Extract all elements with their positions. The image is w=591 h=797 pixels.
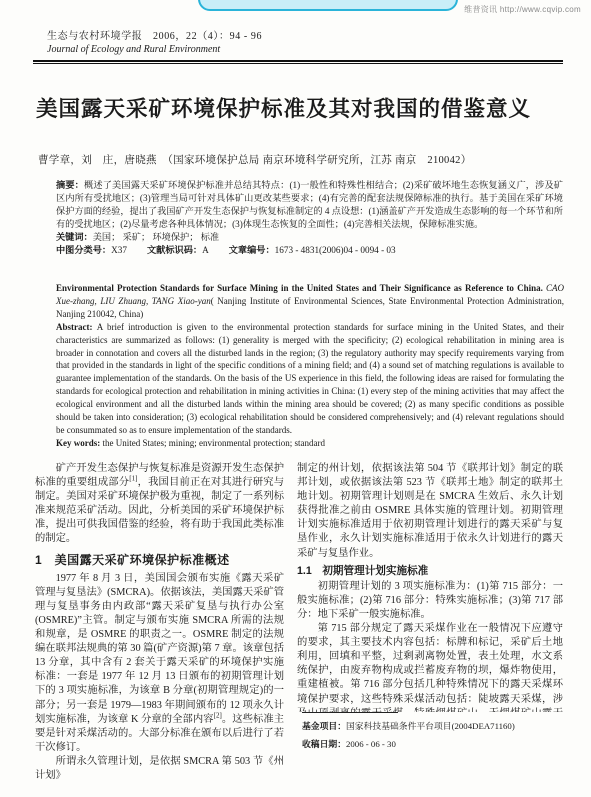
doc-code-label: 文献标识码： (147, 245, 202, 255)
english-keywords-line: Key words: the United States; mining; en… (56, 437, 564, 450)
author-names: 曹学章，刘 庄，唐晓燕 (38, 155, 157, 166)
abstract-label: 摘要： (56, 180, 84, 190)
section1-paragraph: 1977 年 8 月 3 日，美国国会颁布实施《露天采矿管理与复垦法》(SMCR… (35, 572, 284, 755)
doc-code-value: A (202, 245, 209, 255)
section-heading-1: 1 美国露天采矿环境保护标准概述 (35, 553, 284, 567)
keywords-text: 美国； 采矿； 环境保护； 标准 (93, 232, 219, 242)
received-label: 收稿日期： (302, 739, 346, 749)
footnote-rule (302, 712, 398, 714)
english-abstract-paragraph: Abstract: A brief introduction is given … (56, 321, 564, 437)
author-affiliation: （国家环境保护总局 南京环境科学研究所，江苏 南京 210042） (157, 155, 472, 166)
article-id-label: 文章编号： (229, 245, 275, 255)
footnote-block: 基金项目：国家科技基础条件平台项目(2004DEA71160) 收稿日期：200… (302, 712, 564, 756)
continued-paragraph: 制定的州计划，依据该法第 504 节《联邦计划》制定的联邦计划，或依据该法第 5… (297, 462, 563, 561)
keywords-label: 关键词： (56, 232, 93, 242)
english-title: Environmental Protection Standards for S… (56, 283, 546, 293)
author-line: 曹学章，刘 庄，唐晓燕 （国家环境保护总局 南京环境科学研究所，江苏 南京 21… (38, 152, 558, 167)
citation-ref-2: [2] (214, 711, 222, 719)
fund-line: 基金项目：国家科技基础条件平台项目(2004DEA71160) (302, 720, 564, 733)
classification-line: 中图分类号：X37文献标识码：A文章编号：1673 - 4831(2006)04… (56, 244, 563, 257)
journal-header: 生态与农村环境学报 2006，22（4）：94 - 96 Journal of … (47, 30, 262, 56)
english-keywords-text: the United States; mining; environmental… (103, 438, 325, 448)
received-value: 2006 - 06 - 30 (346, 739, 396, 749)
abstract-text: 概述了美国露天采矿环境保护标准并总结其特点：(1)一般性和特殊性相结合；(2)采… (56, 180, 563, 229)
paper-page: 维普资讯 http://www.cqvip.com 生态与农村环境学报 2006… (0, 0, 591, 797)
article-title: 美国露天采矿环境保护标准及其对我国的借鉴意义 (36, 92, 561, 123)
english-keywords-label: Key words: (56, 438, 103, 448)
english-abstract-text: A brief introduction is given to the env… (56, 322, 564, 435)
clc-label: 中图分类号： (56, 245, 111, 255)
journal-citation-cn: 生态与农村环境学报 2006，22（4）：94 - 96 (47, 30, 262, 43)
left-column: 矿产开发生态保护与恢复标准是资源开发生态保护标准的重要组成部分[1]，我国目前正… (35, 462, 284, 783)
english-title-line: Environmental Protection Standards for S… (56, 282, 564, 321)
section1-text-a: 1977 年 8 月 3 日，美国国会颁布实施《露天采矿管理与复垦法》(SMCR… (35, 573, 284, 725)
abstract-paragraph: 摘要：概述了美国露天采矿环境保护标准并总结其特点：(1)一般性和特殊性相结合；(… (56, 179, 563, 231)
english-abstract-section: Environmental Protection Standards for S… (56, 282, 564, 450)
right-column: 制定的州计划，依据该法第 504 节《联邦计划》制定的联邦计划，或依据该法第 5… (297, 462, 563, 712)
fund-label: 基金项目： (302, 721, 346, 731)
part715-paragraph: 第 715 部分规定了露天采煤作业在一般情况下应遵守的要求，其主要技术内容包括：… (297, 622, 563, 712)
intro-paragraph: 矿产开发生态保护与恢复标准是资源开发生态保护标准的重要组成部分[1]，我国目前正… (35, 462, 284, 547)
cqvip-watermark: 维普资讯 http://www.cqvip.com (464, 4, 581, 15)
clc-value: X37 (111, 245, 127, 255)
english-abstract-label: Abstract: (56, 322, 97, 332)
left-column-last-paragraph: 所谓永久管理计划，是依据 SMCRA 第 503 节《州计划》 (35, 755, 284, 783)
chinese-abstract-section: 摘要：概述了美国露天采矿环境保护标准并总结其特点：(1)一般性和特殊性相结合；(… (56, 179, 563, 257)
received-line: 收稿日期：2006 - 06 - 30 (302, 738, 564, 751)
standards-list-paragraph: 初期管理计划的 3 项实施标准为：(1)第 715 部分：一般实施标准；(2)第… (297, 580, 563, 622)
section-heading-1-1: 1.1 初期管理计划实施标准 (297, 564, 563, 578)
fund-value: 国家科技基础条件平台项目(2004DEA71160) (346, 721, 515, 731)
article-id-value: 1673 - 4831(2006)04 - 0094 - 03 (275, 245, 396, 255)
cqvip-banner-shape (198, 0, 458, 11)
journal-name-en: Journal of Ecology and Rural Environment (47, 43, 262, 56)
header-rule (33, 60, 563, 64)
keywords-line: 关键词：美国； 采矿； 环境保护； 标准 (56, 231, 563, 244)
